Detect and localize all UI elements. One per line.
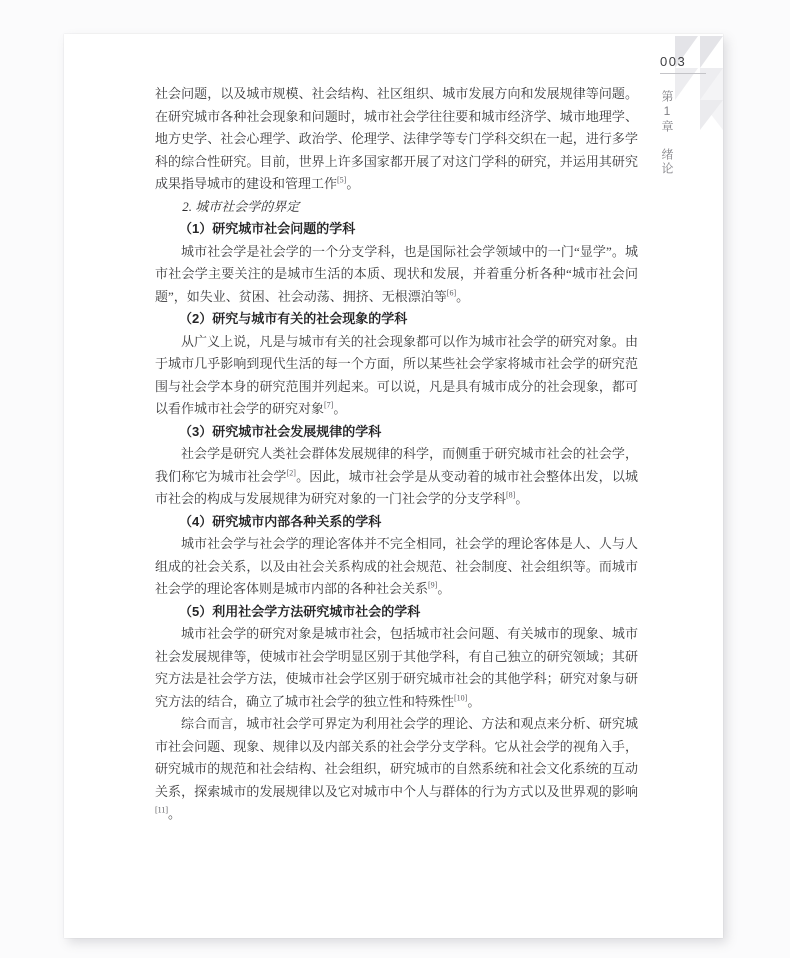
- footnote-reference: [10]: [454, 693, 467, 702]
- item-heading-5: （5）利用社会学方法研究城市社会的学科: [155, 601, 638, 624]
- footnote-reference: [2]: [287, 468, 296, 477]
- item-heading-1: （1）研究城市社会问题的学科: [155, 218, 638, 241]
- paragraph-continued: 社会问题，以及城市规模、社会结构、社区组织、城市发展方向和发展规律等问题。在研究…: [155, 83, 638, 196]
- book-page: 003 第1章绪论 社会问题，以及城市规模、社会结构、社区组织、城市发展方向和发…: [64, 34, 723, 938]
- footnote-reference: [7]: [324, 401, 333, 410]
- book-page-scan-backdrop: 003 第1章绪论 社会问题，以及城市规模、社会结构、社区组织、城市发展方向和发…: [0, 0, 790, 958]
- footnote-reference: [5]: [337, 176, 346, 185]
- footnote-reference: [8]: [506, 491, 515, 500]
- paragraph: 社会学是研究人类社会群体发展规律的科学，而侧重于研究城市社会的社会学，我们称它为…: [155, 443, 638, 511]
- footnote-reference: [6]: [447, 288, 456, 297]
- corner-ornament-triangles-icon: [675, 34, 723, 130]
- numbered-subsection-heading: 2. 城市社会学的界定: [155, 196, 638, 219]
- item-heading-3: （3）研究城市社会发展规律的学科: [155, 421, 638, 444]
- footnote-reference: [9]: [428, 581, 437, 590]
- paragraph: 城市社会学的研究对象是城市社会，包括城市社会问题、有关城市的现象、城市社会发展规…: [155, 623, 638, 713]
- page-number: 003: [660, 54, 706, 74]
- paragraph: 城市社会学是社会学的一个分支学科，也是国际社会学领域中的一门“显学”。城市社会学…: [155, 241, 638, 309]
- footnote-reference: [11]: [155, 806, 168, 815]
- chapter-sidebar-marker: 第1章绪论: [659, 90, 676, 270]
- paragraph: 城市社会学与社会学的理论客体并不完全相同，社会学的理论客体是人、人与人组成的社会…: [155, 533, 638, 601]
- body-text-column: 社会问题，以及城市规模、社会结构、社区组织、城市发展方向和发展规律等问题。在研究…: [155, 83, 638, 826]
- item-heading-4: （4）研究城市内部各种关系的学科: [155, 511, 638, 534]
- paragraph: 从广义上说，凡是与城市有关的社会现象都可以作为城市社会学的研究对象。由于城市几乎…: [155, 331, 638, 421]
- paragraph-summary: 综合而言，城市社会学可界定为利用社会学的理论、方法和观点来分析、研究城市社会问题…: [155, 713, 638, 826]
- chapter-number-label: 第1章: [660, 90, 674, 134]
- item-heading-2: （2）研究与城市有关的社会现象的学科: [155, 308, 638, 331]
- chapter-title-label: 绪论: [660, 148, 674, 176]
